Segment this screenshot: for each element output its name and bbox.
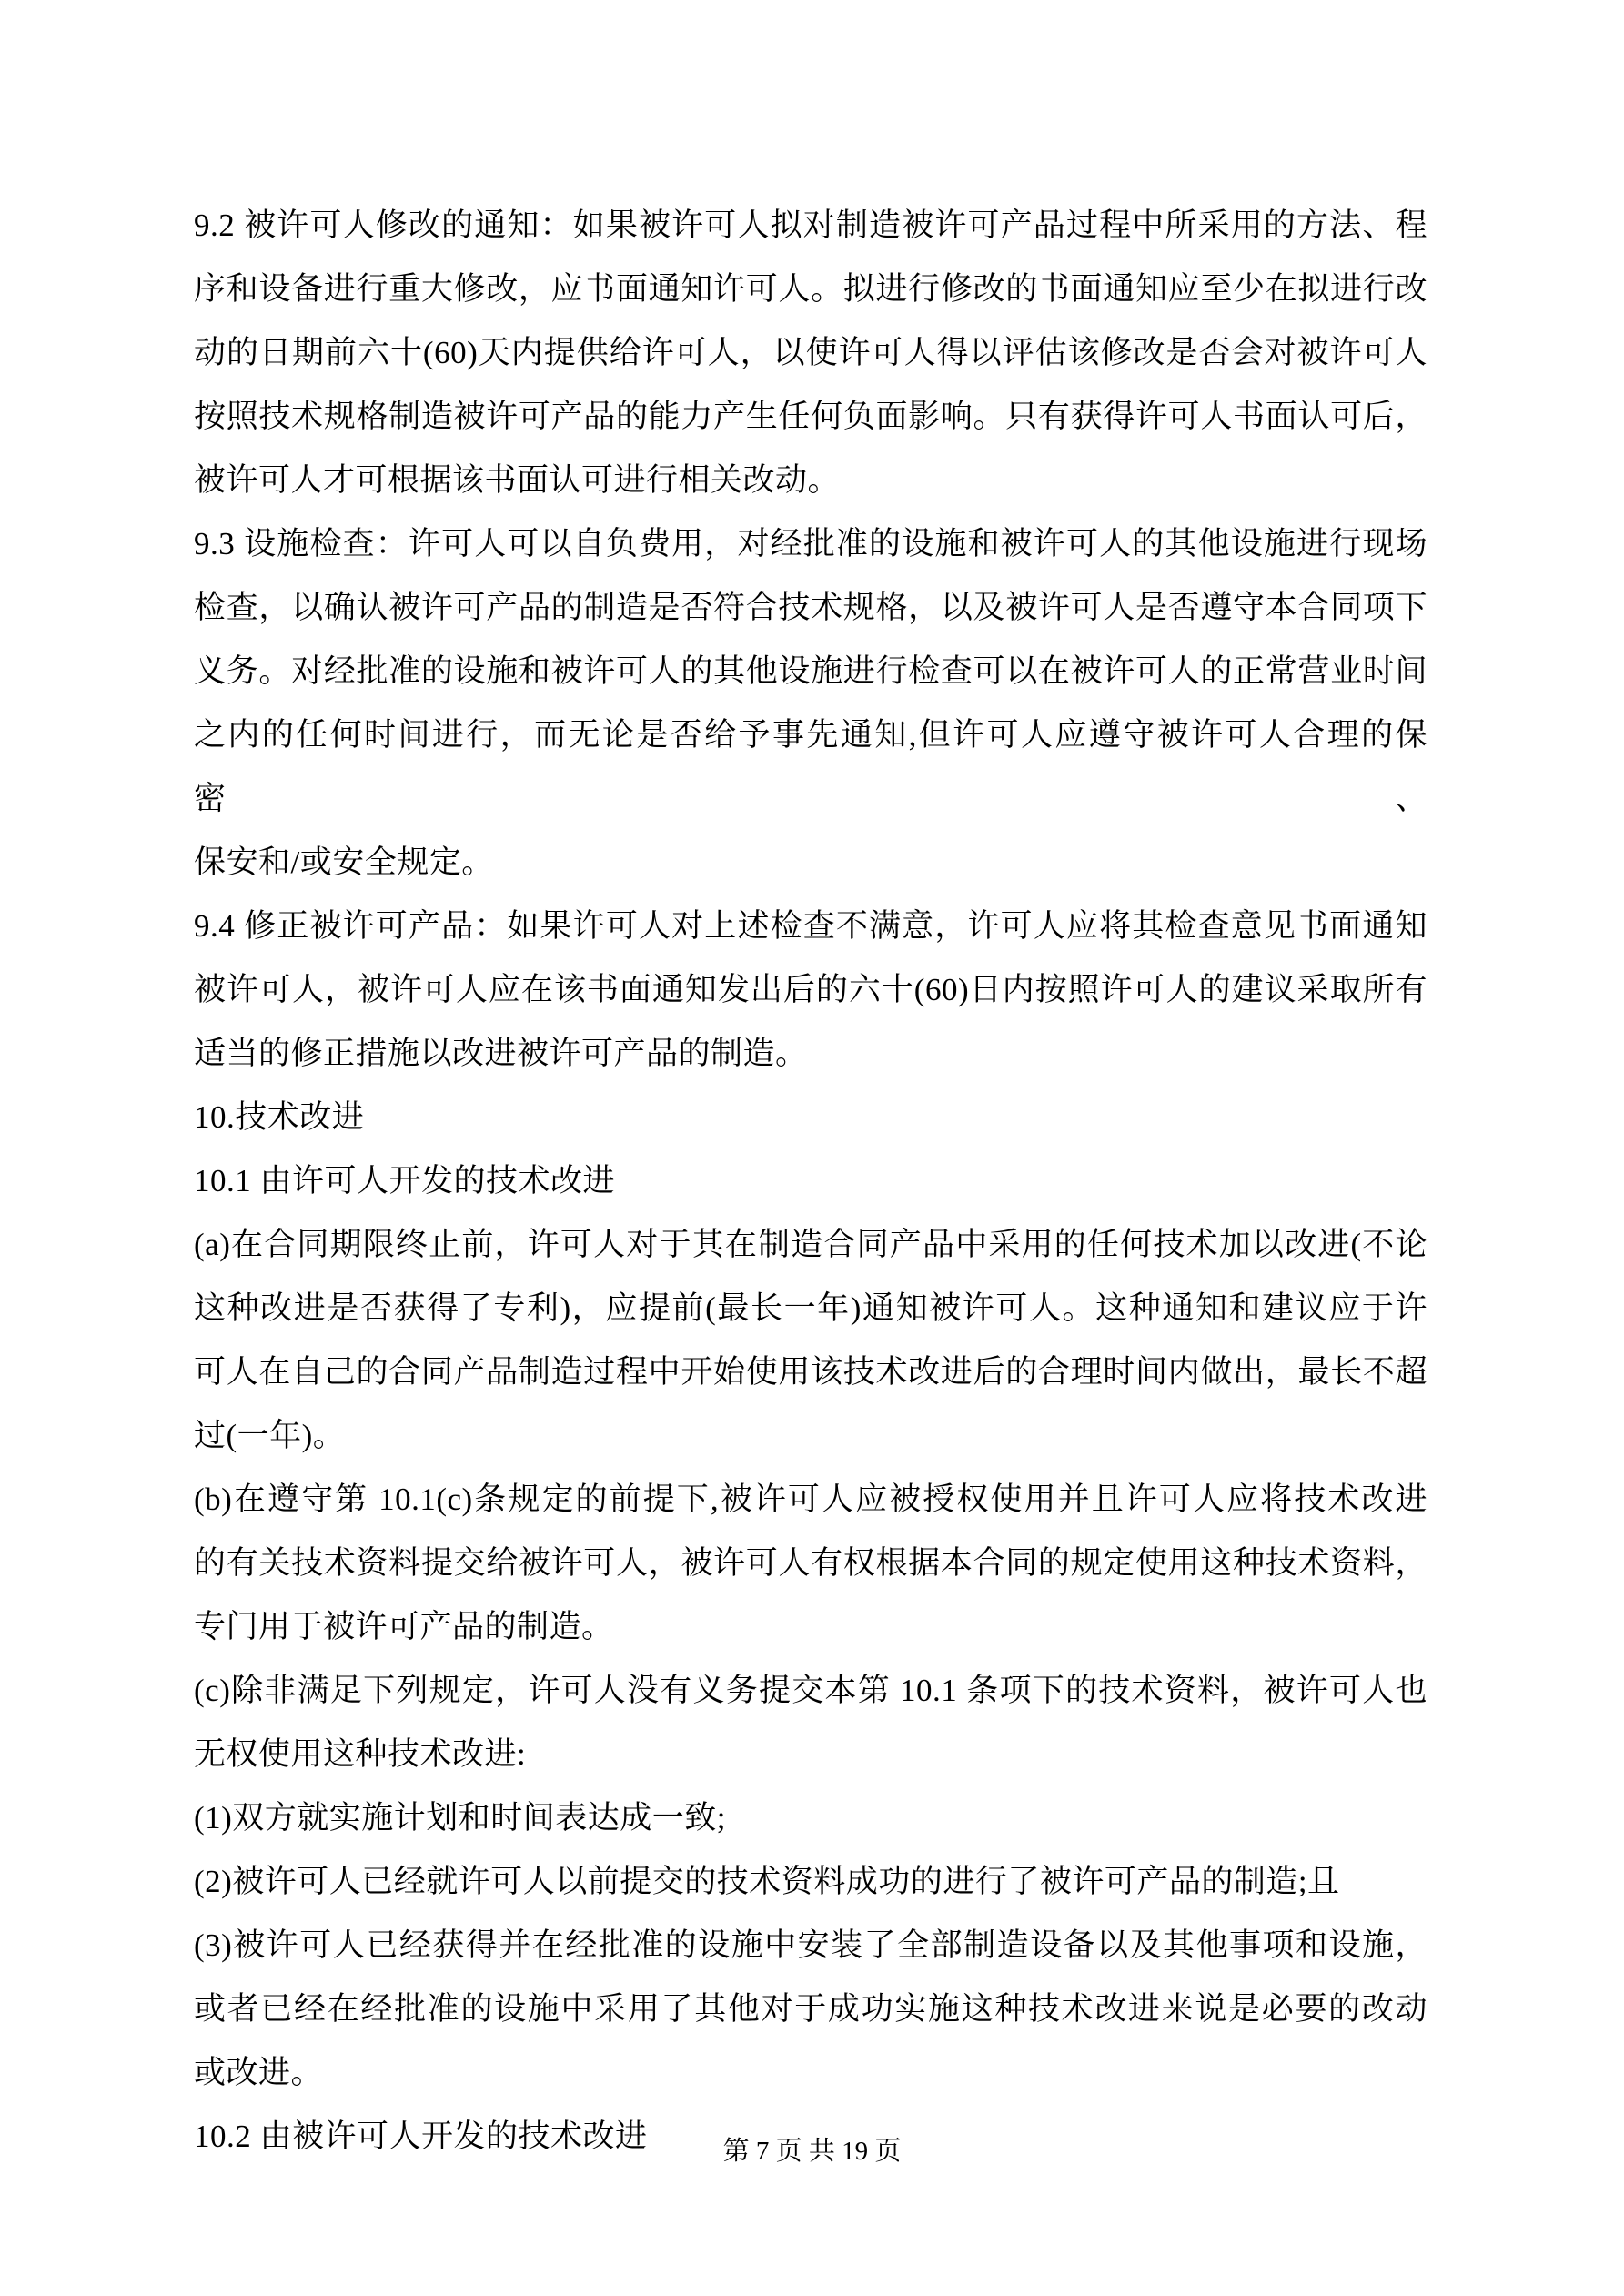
paragraph-clause-10-1-b: (b)在遵守第 10.1(c)条规定的前提下,被许可人应被授权使用并且许可人应将… [194,1468,1427,1659]
text-line: 9.4 修正被许可产品：如果许可人对上述检查不满意，许可人应将其检查意见书面通知 [194,895,1427,958]
page-footer: 第 7 页 共 19 页 [0,2128,1624,2175]
text-line: 或者已经在经批准的设施中采用了其他对于成功实施这种技术改进来说是必要的改动 [194,1977,1427,2041]
paragraph-clause-10-1-c-item-3: (3)被许可人已经获得并在经批准的设施中安装了全部制造设备以及其他事项和设施，或… [194,1914,1427,2105]
paragraph-clause-10-1-c-item-2: (2)被许可人已经就许可人以前提交的技术资料成功的进行了被许可产品的制造;且 [194,1850,1427,1914]
text-line: 被许可人，被许可人应在该书面通知发出后的六十(60)日内按照许可人的建议采取所有 [194,958,1427,1022]
text-line: (1)双方就实施计划和时间表达成一致; [194,1786,1427,1850]
text-line: 10.技术改进 [194,1086,1427,1149]
text-line: 专门用于被许可产品的制造。 [194,1595,1427,1659]
paragraph-clause-10-1-c: (c)除非满足下列规定，许可人没有义务提交本第 10.1 条项下的技术资料，被许… [194,1659,1427,1786]
text-line: (3)被许可人已经获得并在经批准的设施中安装了全部制造设备以及其他事项和设施， [194,1914,1427,1977]
paragraph-heading-10: 10.技术改进 [194,1086,1427,1149]
paragraph-clause-9-3: 9.3 设施检查：许可人可以自负费用，对经批准的设施和被许可人的其他设施进行现场… [194,512,1427,895]
document-body: 9.2 被许可人修改的通知：如果被许可人拟对制造被许可产品过程中所采用的方法、程… [194,194,1427,2169]
text-line: 9.3 设施检查：许可人可以自负费用，对经批准的设施和被许可人的其他设施进行现场 [194,512,1427,576]
text-line: 无权使用这种技术改进: [194,1723,1427,1786]
text-line: 可人在自己的合同产品制造过程中开始使用该技术改进后的合理时间内做出，最长不超 [194,1340,1427,1404]
text-line: (a)在合同期限终止前，许可人对于其在制造合同产品中采用的任何技术加以改进(不论 [194,1213,1427,1277]
paragraph-clause-9-2: 9.2 被许可人修改的通知：如果被许可人拟对制造被许可产品过程中所采用的方法、程… [194,194,1427,512]
text-line: 10.1 由许可人开发的技术改进 [194,1149,1427,1213]
text-line: 被许可人才可根据该书面认可进行相关改动。 [194,449,1427,512]
text-line: 或改进。 [194,2041,1427,2105]
paragraph-heading-10-1: 10.1 由许可人开发的技术改进 [194,1149,1427,1213]
text-line: 这种改进是否获得了专利)，应提前(最长一年)通知被许可人。这种通知和建议应于许 [194,1277,1427,1340]
paragraph-clause-10-1-c-item-1: (1)双方就实施计划和时间表达成一致; [194,1786,1427,1850]
text-line: 9.2 被许可人修改的通知：如果被许可人拟对制造被许可产品过程中所采用的方法、程 [194,194,1427,258]
text-line: 检查，以确认被许可产品的制造是否符合技术规格，以及被许可人是否遵守本合同项下 [194,576,1427,640]
text-line: (c)除非满足下列规定，许可人没有义务提交本第 10.1 条项下的技术资料，被许… [194,1659,1427,1723]
text-line: 之内的任何时间进行，而无论是否给予事先通知,但许可人应遵守被许可人合理的保密、 [194,703,1427,831]
text-line: 序和设备进行重大修改，应书面通知许可人。拟进行修改的书面通知应至少在拟进行改 [194,258,1427,321]
text-line: 保安和/或安全规定。 [194,831,1427,895]
text-line: 的有关技术资料提交给被许可人，被许可人有权根据本合同的规定使用这种技术资料， [194,1532,1427,1595]
text-line: 适当的修正措施以改进被许可产品的制造。 [194,1022,1427,1086]
paragraph-clause-9-4: 9.4 修正被许可产品：如果许可人对上述检查不满意，许可人应将其检查意见书面通知… [194,895,1427,1086]
document-page: 9.2 被许可人修改的通知：如果被许可人拟对制造被许可产品过程中所采用的方法、程… [0,0,1624,2296]
paragraph-clause-10-1-a: (a)在合同期限终止前，许可人对于其在制造合同产品中采用的任何技术加以改进(不论… [194,1213,1427,1468]
text-line: 按照技术规格制造被许可产品的能力产生任何负面影响。只有获得许可人书面认可后， [194,385,1427,449]
page-number-label: 第 7 页 共 19 页 [723,2137,902,2166]
text-line: 义务。对经批准的设施和被许可人的其他设施进行检查可以在被许可人的正常营业时间 [194,640,1427,703]
text-line: 动的日期前六十(60)天内提供给许可人，以使许可人得以评估该修改是否会对被许可人 [194,321,1427,385]
text-line: 过(一年)。 [194,1404,1427,1468]
text-line: (2)被许可人已经就许可人以前提交的技术资料成功的进行了被许可产品的制造;且 [194,1850,1427,1914]
text-line: (b)在遵守第 10.1(c)条规定的前提下,被许可人应被授权使用并且许可人应将… [194,1468,1427,1532]
